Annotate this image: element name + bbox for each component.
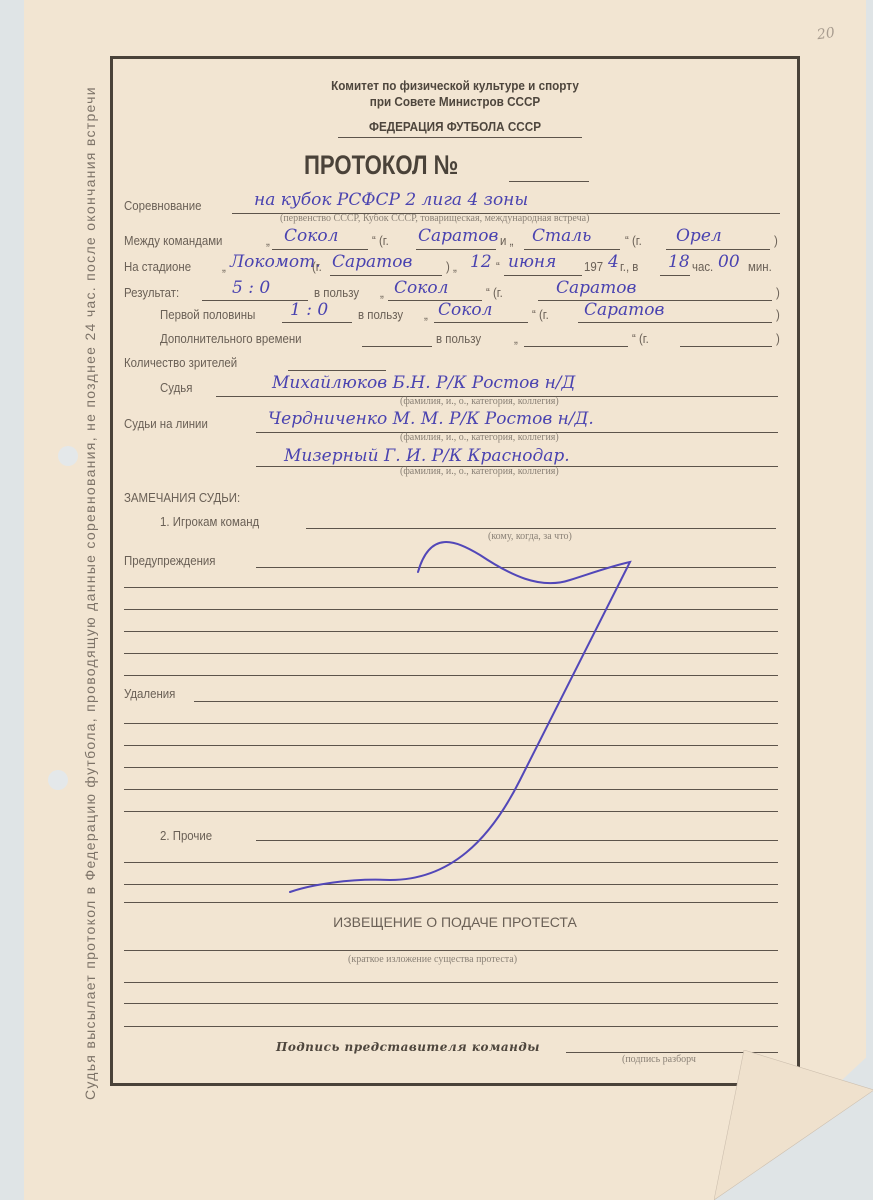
crossout-scrawl-icon: [0, 0, 873, 1200]
folded-corner: [714, 1050, 873, 1200]
